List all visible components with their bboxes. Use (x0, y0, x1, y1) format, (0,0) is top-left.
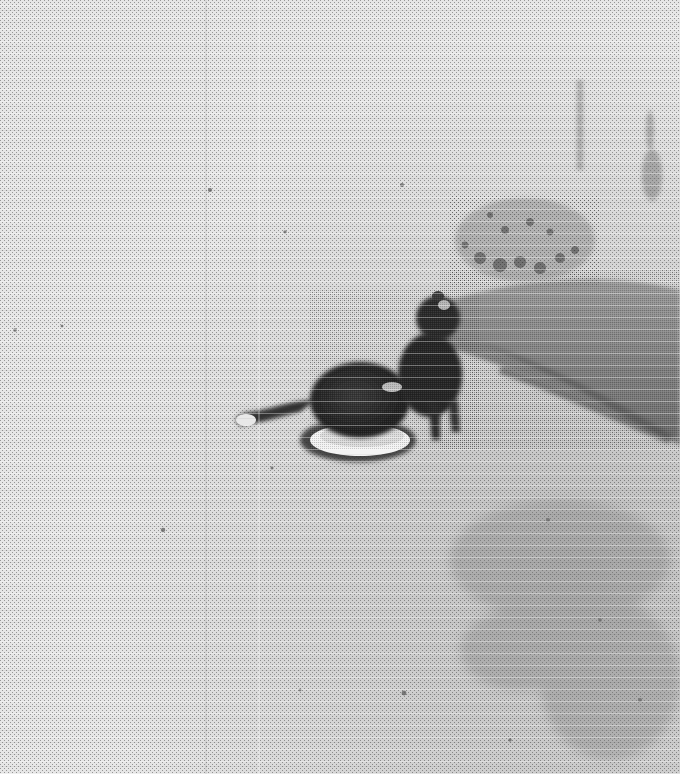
scanline-overlay (0, 0, 680, 774)
halftone-photograph: A small dark animal lying on pale sandy … (0, 0, 680, 774)
